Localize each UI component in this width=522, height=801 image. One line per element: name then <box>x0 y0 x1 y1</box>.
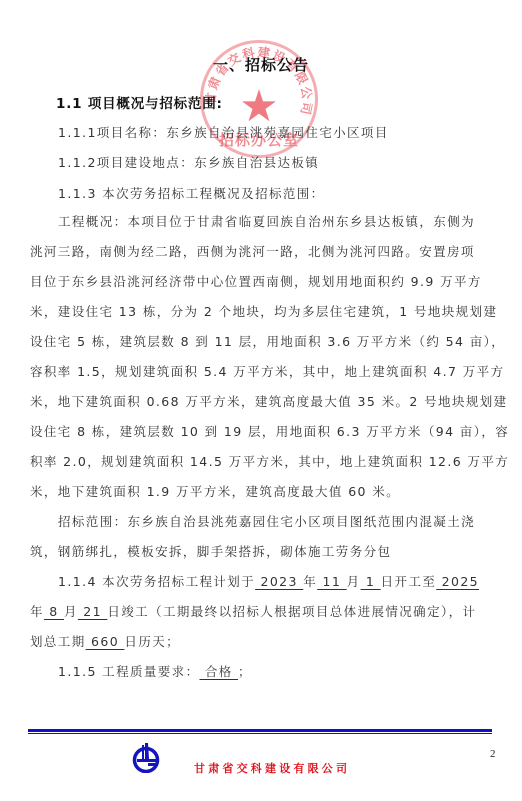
overview-line: 积率 2.0，规划建筑面积 14.5 万平方米，其中，地上建筑面积 12.6 万… <box>30 452 509 470</box>
item-1-1-1-value: 东乡族自治县洮苑嘉园住宅小区项目 <box>166 125 388 140</box>
item-1-1-3: 1.1.3 本次劳务招标工程概况及招标范围： <box>58 184 325 202</box>
month-label: 月 <box>347 574 361 589</box>
overview-line: 米，建设住宅 13 栋，分为 2 个地块，均为多层住宅建筑，1 号地块规划建 <box>30 302 497 320</box>
item-1-1-4-line-2: 年 8 月 21 日竣工（工期最终以招标人根据项目总体进展情况确定），计 <box>30 602 476 620</box>
item-1-1-4-line-1: 1.1.4 本次劳务招标工程计划于 2023 年 11 月 1 日开工至 202… <box>58 572 479 590</box>
item-1-1-2: 1.1.2项目建设地点：东乡族自治县达板镇 <box>58 153 319 171</box>
quality-label: 1.1.5 工程质量要求： <box>58 664 199 679</box>
duration-prefix: 划总工期 <box>30 634 86 649</box>
footer-rule-thin <box>28 733 492 734</box>
item-1-1-1-label: 1.1.1项目名称： <box>58 125 166 140</box>
document-page: 甘肃省交科建设有限公司 ★ 招标办公室 一、招标公告 1.1 项目概况与招标范围… <box>0 0 522 801</box>
duration-days: 660 <box>86 634 125 649</box>
overview-line: 设住宅 5 栋，建筑层数 8 到 11 层，用地面积 3.6 万平方米（约 54… <box>30 332 505 350</box>
item-1-1-2-value: 东乡族自治县达板镇 <box>194 155 319 170</box>
scope-line: 筑，钢筋绑扎，模板安拆，脚手架搭拆，砌体施工劳务分包 <box>30 542 391 560</box>
page-number: 2 <box>490 748 496 760</box>
item-1-1-4-line-3: 划总工期 660 日历天； <box>30 632 180 650</box>
overview-line: 洮河三路，南侧为经二路，西侧为洮河一路，北侧为洮河四路。安置房项 <box>30 242 475 260</box>
end-day: 21 <box>78 604 107 619</box>
item-1-1-2-label: 1.1.2项目建设地点： <box>58 155 194 170</box>
overview-line: 米，地下建筑面积 1.9 万平方米，建筑高度最大值 60 米。 <box>30 482 400 500</box>
quality-suffix: ； <box>238 664 252 679</box>
start-day: 1 <box>361 574 381 589</box>
duration-suffix: 日历天； <box>124 634 180 649</box>
schedule-prefix: 1.1.4 本次劳务招标工程计划于 <box>58 574 255 589</box>
end-year: 2025 <box>436 574 479 589</box>
end-suffix: 日竣工（工期最终以招标人根据项目总体进展情况确定），计 <box>107 604 476 619</box>
start-suffix: 日开工至 <box>381 574 437 589</box>
quality-value: 合格 <box>199 664 238 679</box>
overview-line: 容积率 1.5，规划建筑面积 5.4 万平方米，其中，地上建筑面积 4.7 万平… <box>30 362 504 380</box>
overview-line: 目位于东乡县沿洮河经济带中心位置西南侧，规划用地面积约 9.9 万平方 <box>30 272 482 290</box>
footer-company-name: 甘肃省交科建设有限公司 <box>194 760 350 776</box>
start-year: 2023 <box>255 574 303 589</box>
overview-line: 米，地下建筑面积 0.68 万平方米，建筑高度最大值 35 米。2 号地块规划建 <box>30 392 508 410</box>
item-1-1-5: 1.1.5 工程质量要求： 合格 ； <box>58 662 252 680</box>
end-month: 8 <box>44 604 64 619</box>
end-month-label: 月 <box>64 604 78 619</box>
heading-1-1: 1.1 项目概况与招标范围: <box>56 92 223 112</box>
section-title: 一、招标公告 <box>0 54 522 75</box>
start-month: 11 <box>317 574 346 589</box>
end-year-label: 年 <box>30 604 44 619</box>
year-label: 年 <box>303 574 317 589</box>
item-1-1-1: 1.1.1项目名称：东乡族自治县洮苑嘉园住宅小区项目 <box>58 123 389 141</box>
footer-rule <box>28 729 492 732</box>
overview-line: 设住宅 8 栋，建筑层数 10 到 19 层，用地面积 6.3 万平方米（94 … <box>30 422 509 440</box>
overview-line: 工程概况：本项目位于甘肃省临夏回族自治州东乡县达板镇，东侧为 <box>58 212 475 230</box>
scope-line: 招标范围：东乡族自治县洮苑嘉园住宅小区项目图纸范围内混凝土浇 <box>58 512 475 530</box>
company-logo-icon <box>131 741 161 773</box>
